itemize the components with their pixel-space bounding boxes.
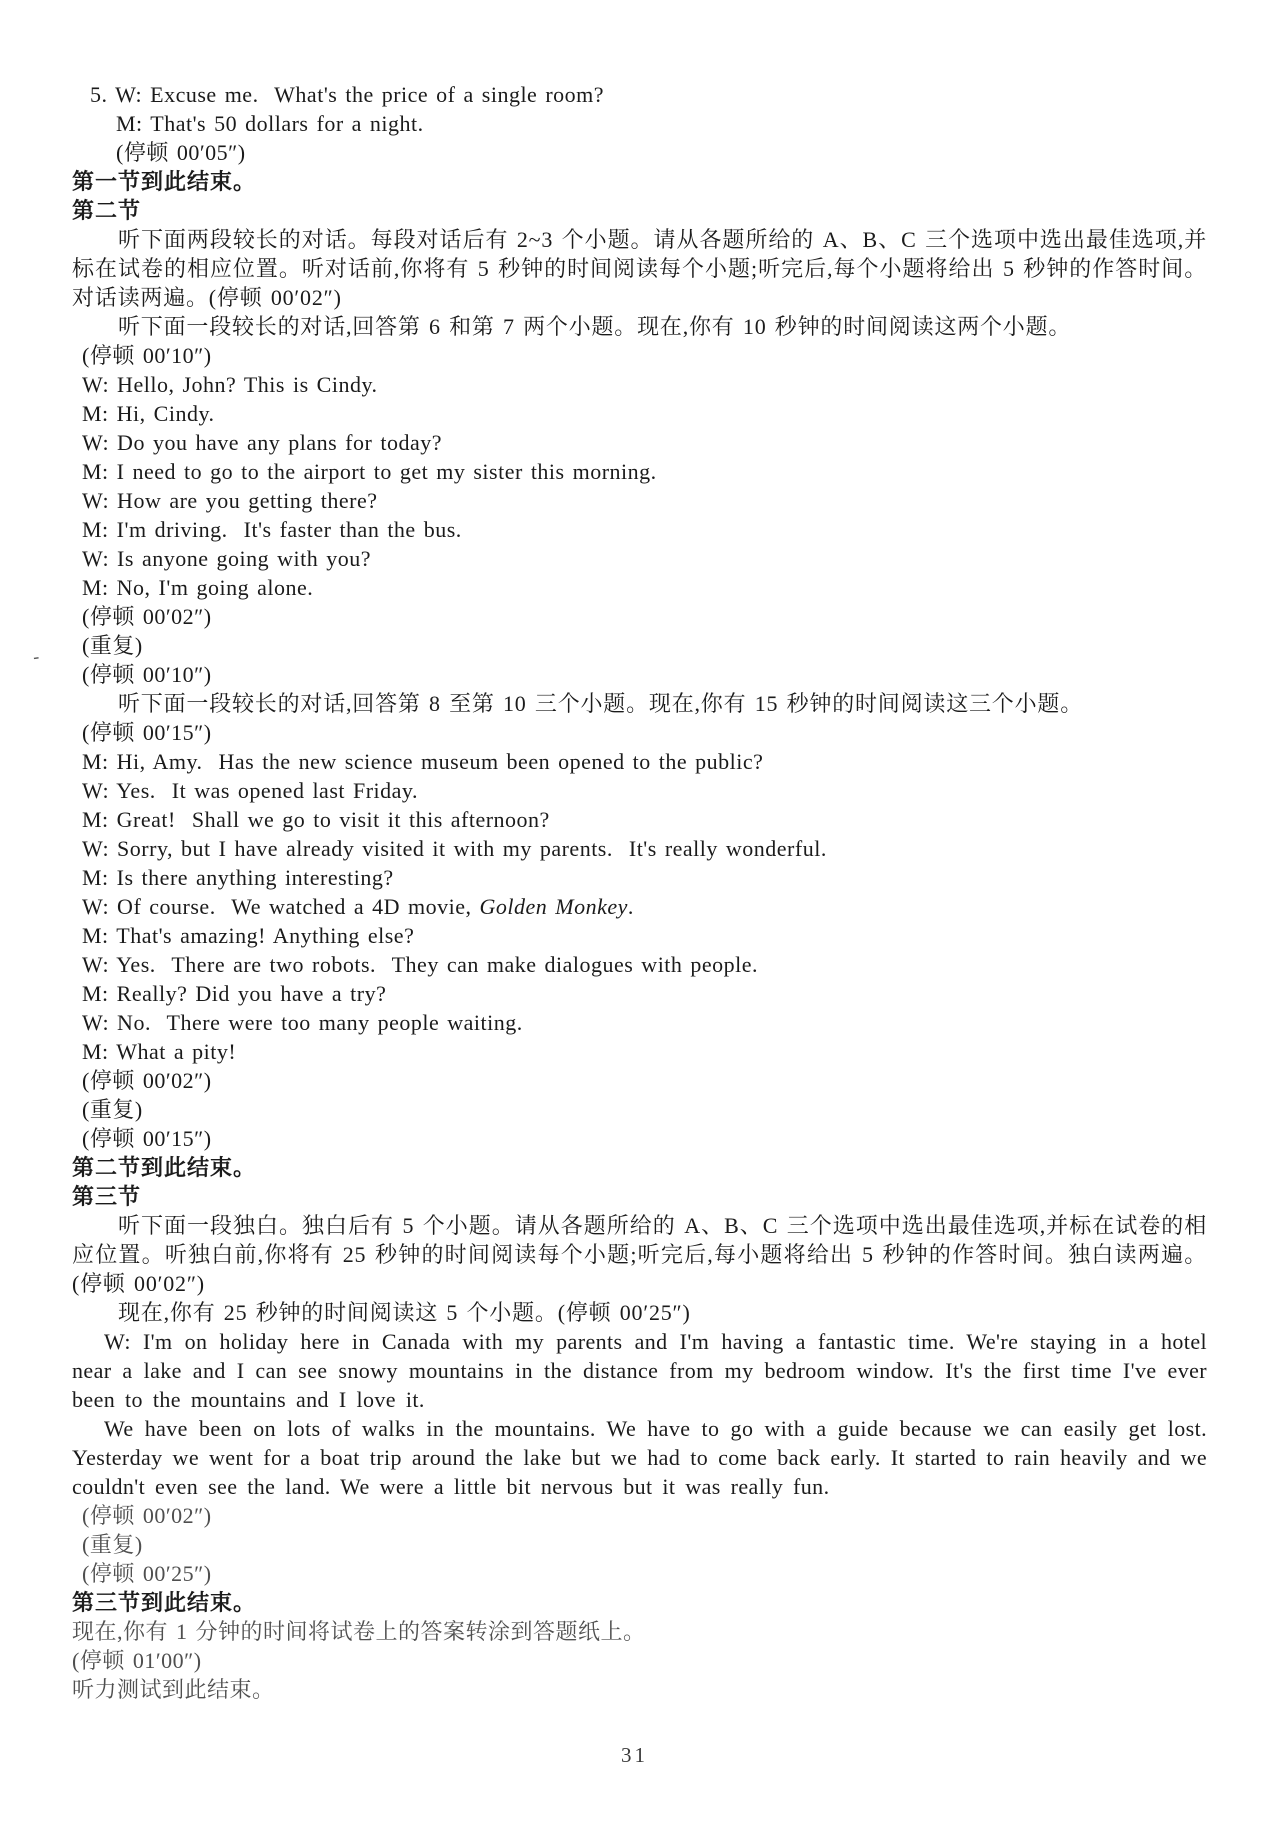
dialogue-line: M: I need to go to the airport to get my…	[82, 457, 1207, 486]
pause-line: (停顿 00′02″)	[82, 1501, 1207, 1530]
pause-line: (停顿 00′10″)	[82, 660, 1207, 689]
pause-line: (停顿 00′02″)	[82, 1066, 1207, 1095]
dialogue-line: M: That's amazing! Anything else?	[82, 921, 1207, 950]
section3-end-heading: 第三节到此结束。	[72, 1588, 1207, 1617]
dialogue-line: M: No, I'm going alone.	[82, 573, 1207, 602]
dialogue-line: M: Great! Shall we go to visit it this a…	[82, 805, 1207, 834]
dialogue-text: .	[628, 894, 634, 919]
section3-instructions: 听下面一段独白。独白后有 5 个小题。请从各题所给的 A、B、C 三个选项中选出…	[72, 1211, 1207, 1298]
dialogue-line: M: Is there anything interesting?	[82, 863, 1207, 892]
repeat-line: (重复)	[82, 1530, 1207, 1559]
repeat-line: (重复)	[82, 631, 1207, 660]
dialogue-text: W: Of course. We watched a 4D movie,	[82, 894, 480, 919]
dialogue-line: W: How are you getting there?	[82, 486, 1207, 515]
dialogue-line: M: What a pity!	[82, 1037, 1207, 1066]
dialogue-line: W: Is anyone going with you?	[82, 544, 1207, 573]
test-end-line: 听力测试到此结束。	[72, 1675, 1207, 1704]
dialogue-line: M: Really? Did you have a try?	[82, 979, 1207, 1008]
margin-stray-mark: -	[33, 654, 44, 658]
dialogue-line: M: Hi, Cindy.	[82, 399, 1207, 428]
section1-end-heading: 第一节到此结束。	[72, 167, 1207, 196]
dialogue-line: W: Yes. There are two robots. They can m…	[82, 950, 1207, 979]
section2-instructions: 听下面两段较长的对话。每段对话后有 2~3 个小题。请从各题所给的 A、B、C …	[72, 225, 1207, 312]
dialogue-line: W: Sorry, but I have already visited it …	[82, 834, 1207, 863]
transcript-content: 5. W: Excuse me. What's the price of a s…	[72, 80, 1207, 1704]
pause-line: (停顿 00′25″)	[82, 1559, 1207, 1588]
dialogue-line-item5-w: 5. W: Excuse me. What's the price of a s…	[90, 80, 1207, 109]
monologue-paragraph-2: We have been on lots of walks in the mou…	[72, 1414, 1207, 1501]
section2-heading: 第二节	[72, 196, 1207, 225]
monologue-paragraph-1: W: I'm on holiday here in Canada with my…	[72, 1327, 1207, 1414]
page-number: 31	[0, 1743, 1269, 1768]
pause-line: (停顿 00′05″)	[116, 138, 1207, 167]
section2-end-heading: 第二节到此结束。	[72, 1153, 1207, 1182]
dialogue-line: M: I'm driving. It's faster than the bus…	[82, 515, 1207, 544]
dialogue2-instructions: 听下面一段较长的对话,回答第 8 至第 10 三个小题。现在,你有 15 秒钟的…	[72, 689, 1207, 718]
dialogue-line: M: Hi, Amy. Has the new science museum b…	[82, 747, 1207, 776]
pause-line: (停顿 00′15″)	[82, 1124, 1207, 1153]
pause-line: (停顿 00′15″)	[82, 718, 1207, 747]
pause-line: (停顿 00′02″)	[82, 602, 1207, 631]
movie-title: Golden Monkey	[480, 894, 628, 919]
dialogue-line-movie: W: Of course. We watched a 4D movie, Gol…	[82, 892, 1207, 921]
dialogue-line: W: No. There were too many people waitin…	[82, 1008, 1207, 1037]
dialogue-line: W: Do you have any plans for today?	[82, 428, 1207, 457]
repeat-line: (重复)	[82, 1095, 1207, 1124]
dialogue-line: W: Hello, John? This is Cindy.	[82, 370, 1207, 399]
section3-heading: 第三节	[72, 1182, 1207, 1211]
pause-line: (停顿 00′10″)	[82, 341, 1207, 370]
dialogue-line: W: Yes. It was opened last Friday.	[82, 776, 1207, 805]
transfer-answers-line: 现在,你有 1 分钟的时间将试卷上的答案转涂到答题纸上。	[72, 1617, 1207, 1646]
reading-time-line: 现在,你有 25 秒钟的时间阅读这 5 个小题。(停顿 00′25″)	[72, 1298, 1207, 1327]
dialogue1-instructions: 听下面一段较长的对话,回答第 6 和第 7 两个小题。现在,你有 10 秒钟的时…	[72, 312, 1207, 341]
dialogue-line-item5-m: M: That's 50 dollars for a night.	[116, 109, 1207, 138]
scanned-transcript-page: - 5. W: Excuse me. What's the price of a…	[0, 0, 1269, 1848]
pause-line: (停顿 01′00″)	[72, 1646, 1207, 1675]
